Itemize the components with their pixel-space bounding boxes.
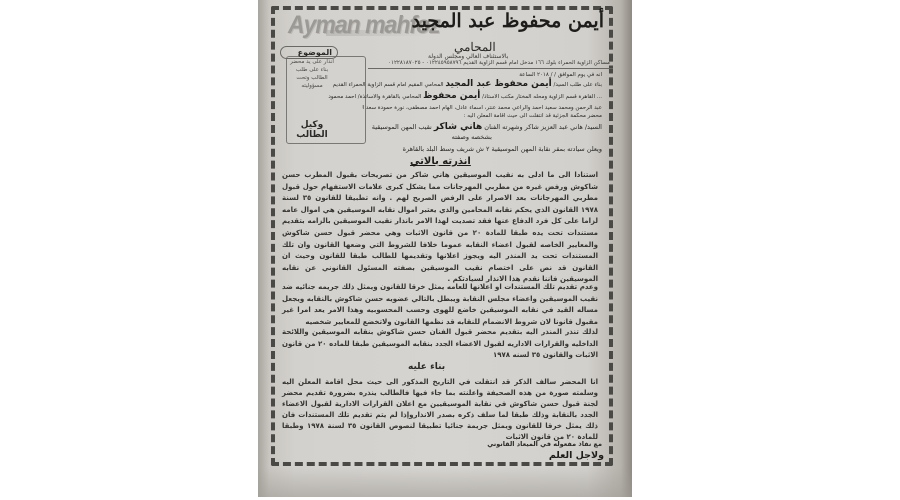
basis-heading: بناء عليه [408, 362, 445, 372]
office-name: أيمن محفوظ [423, 91, 480, 101]
subject-note: انذار على يد محضر بناء على طلب الطالب وت… [288, 58, 336, 90]
office-line: ... القاهرة قسم الزاوية ومحله المختار مك… [362, 92, 602, 101]
colleagues-line: عبد الرحمن ومحمد سعيد احمد والراعي محمد … [362, 104, 602, 112]
bailiff-line: محضر محكمة الجزئية قد انتقلت الى حيث اقا… [362, 112, 602, 120]
header-divider [368, 68, 613, 69]
request-prefix: بناء على طلب السيد/ [554, 82, 603, 88]
requester-name: أيمن محفوظ عبد المجيد [445, 79, 551, 89]
lawyer-subtitle: بالاستئناف العالي ومجلس الدولة [428, 53, 508, 60]
photo-shadow [258, 467, 632, 497]
effect-line: مع نفاذ مفعوله في الميعاد القانوني [402, 440, 602, 449]
recipient-prefix: السيد/ هاني عبد العزيز شاكر وشهرته الفنا… [484, 123, 602, 131]
document-photo: Ayman mahfoz أيمن محفوظ عبد المجيد المحا… [258, 0, 632, 497]
paragraph-2: وعدم تقديم تلك المستندات او اعلانها للعا… [282, 282, 598, 328]
office-prefix: ... القاهرة قسم الزاوية ومحله المختار مك… [482, 94, 602, 100]
recipient-address: ويعلن سيادته بمقر نقابة المهن الموسيقية … [352, 145, 602, 154]
office-suffix: المحامي بالقاهرة والاساتذة/ احمد محمود [328, 94, 421, 100]
paragraph-3: لذلك تنذر المنذر اليه بتقديم محضر قبول ا… [282, 327, 598, 362]
closing-line: ولاجل العلم [549, 450, 604, 461]
date-line: انه في يوم الموافق / / ٢٠١٨ الساعة [372, 71, 602, 79]
recipient-suffix: نقيب المهن الموسيقية [372, 123, 432, 131]
closing-paragraph: انا المحضر سالف الذكر قد انتقلت في التار… [282, 377, 598, 443]
request-suffix: المحامي المقيم امام قسم الزاوية الحمراء … [333, 82, 444, 88]
lawyer-name: أيمن محفوظ عبد المجيد [412, 10, 604, 32]
paragraph-1: استنادا الى ما ادلى به نقيب الموسيقين ها… [282, 170, 598, 286]
request-line: بناء على طلب السيد/ أيمن محفوظ عبد المجي… [362, 80, 602, 89]
recipient-line: السيد/ هاني عبد العزيز شاكر وشهرته الفنا… [352, 123, 602, 132]
recipient-capacity: بشخصه وصفته [342, 133, 492, 142]
warning-heading: انذرته بالاتي [410, 156, 471, 167]
lawyer-title: المحامي [454, 40, 496, 54]
agent-label: وكيل الطالب [290, 120, 334, 140]
recipient-name: هاني شاكر [434, 122, 482, 132]
